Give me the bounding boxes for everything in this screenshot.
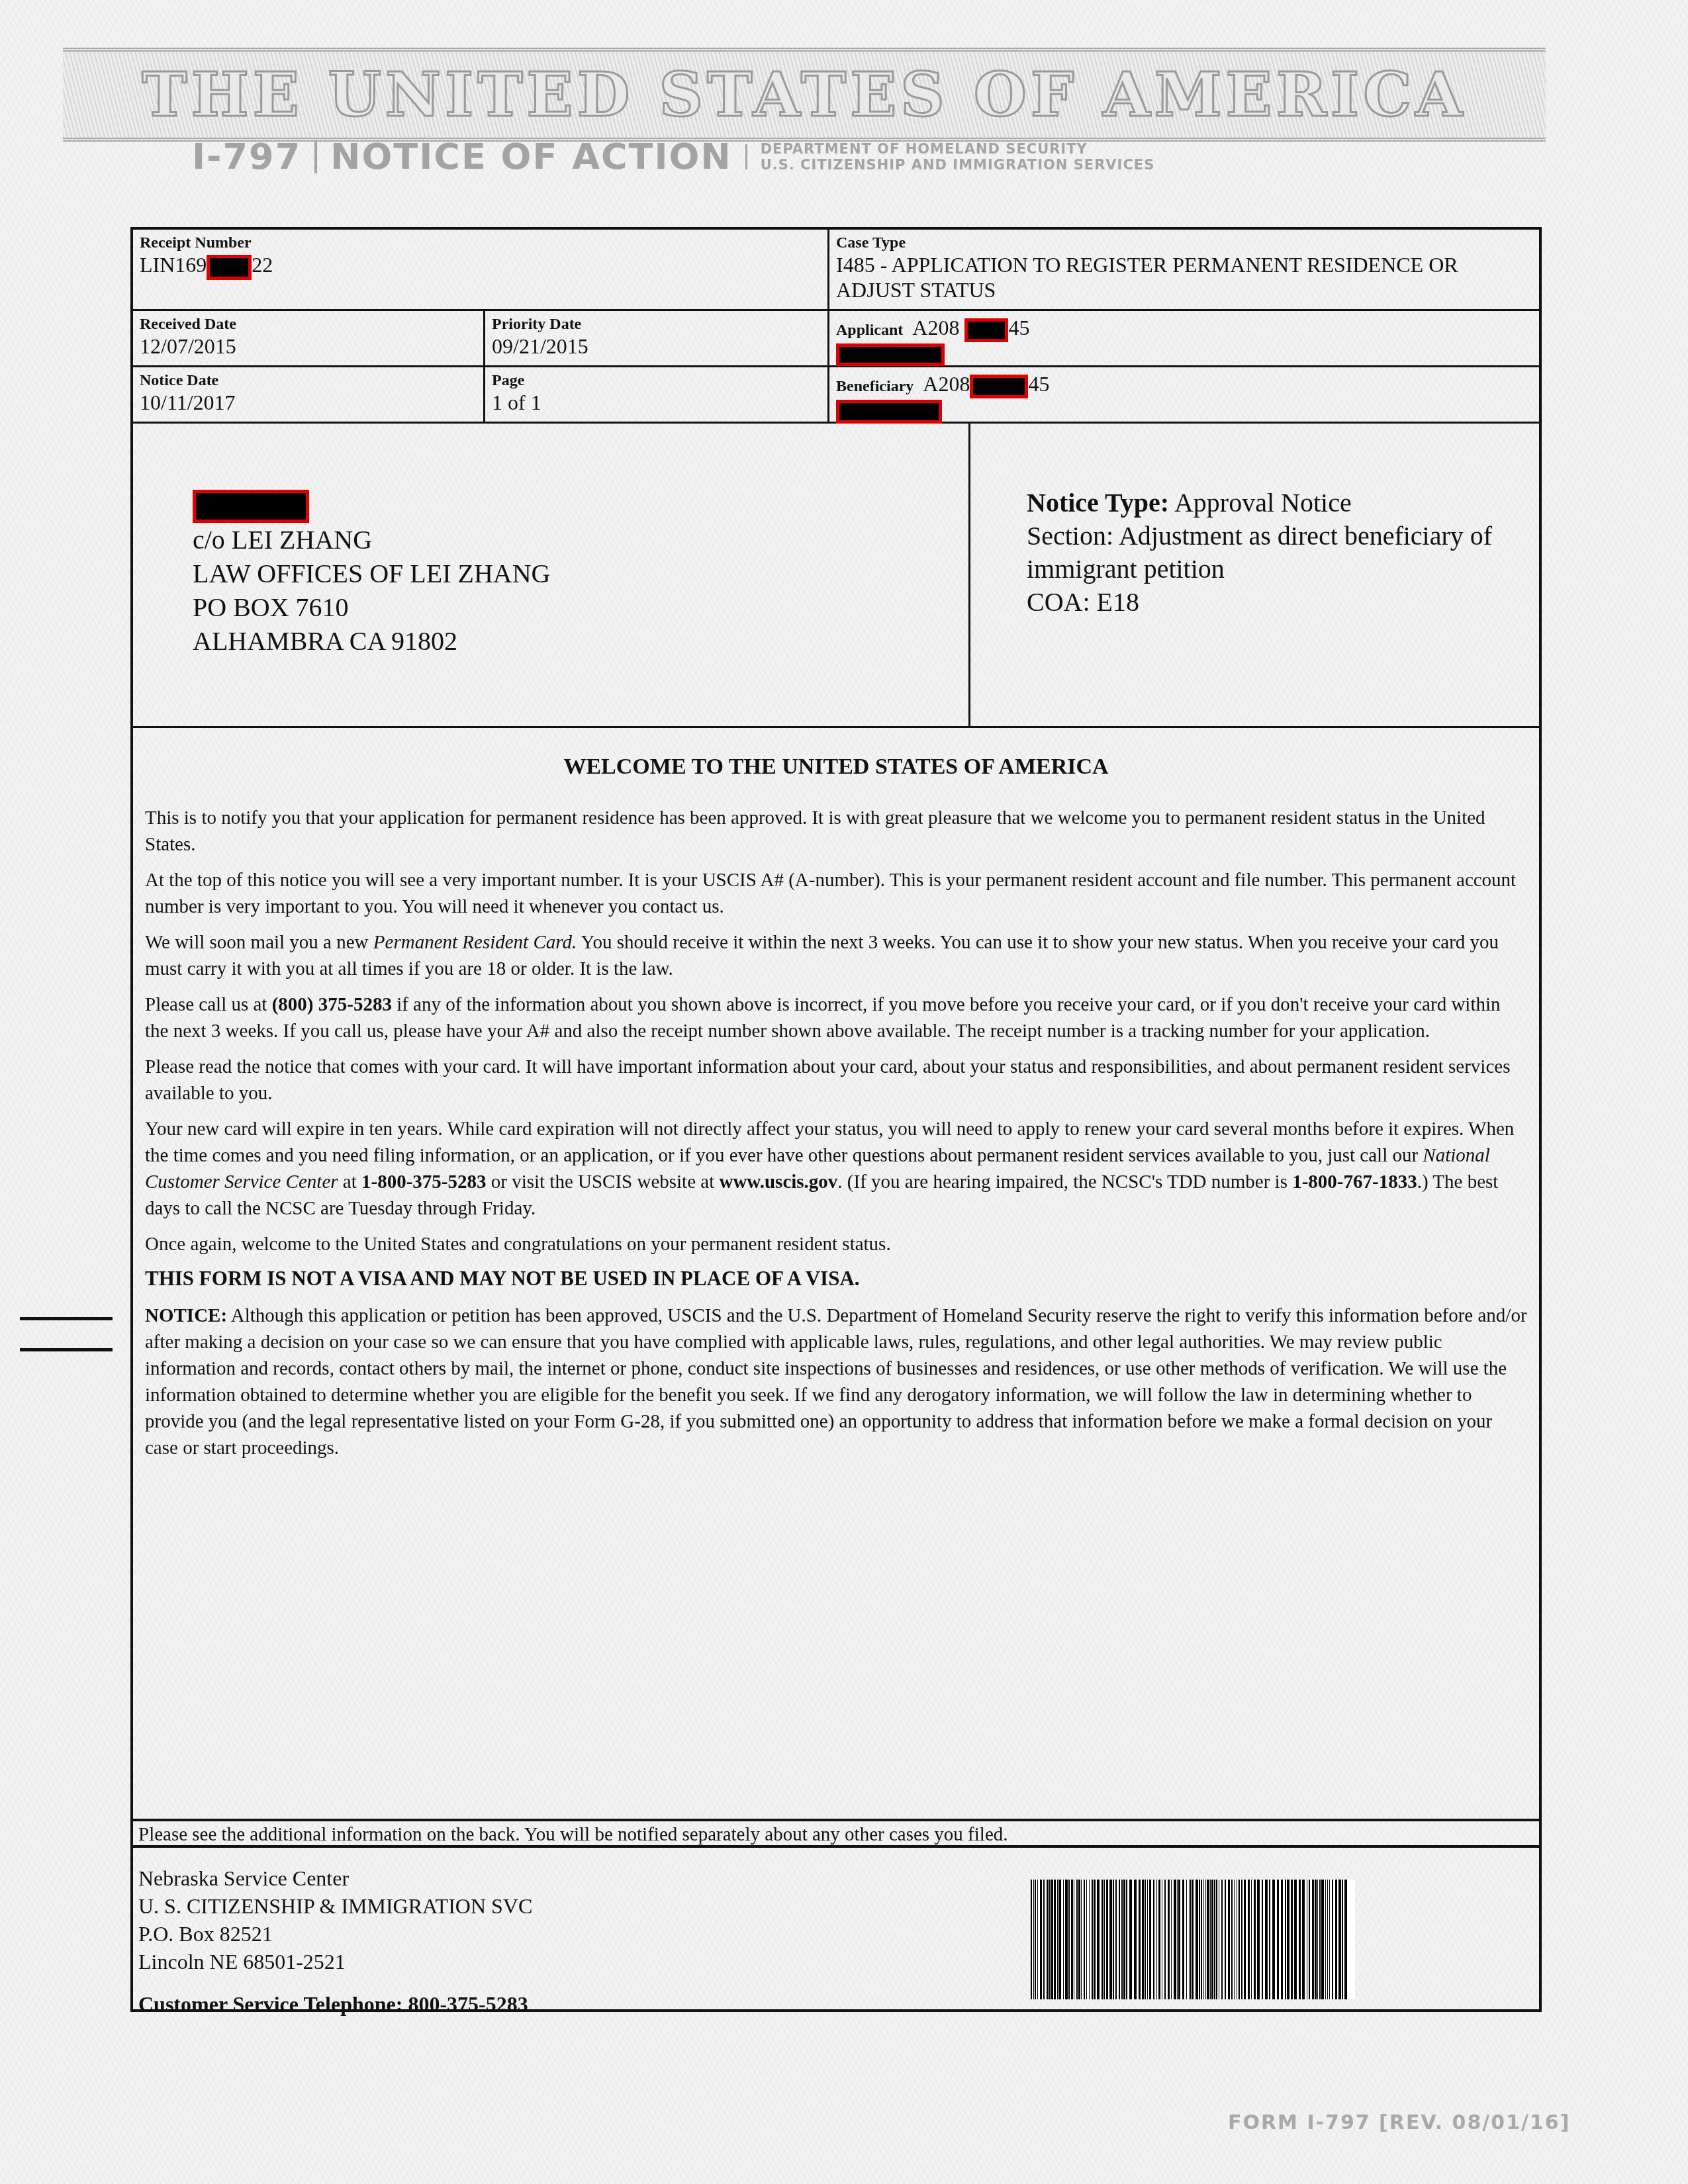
body-paragraph: Please call us at (800) 375-5283 if any … xyxy=(145,991,1527,1044)
banner: THE UNITED STATES OF AMERICA xyxy=(63,48,1546,142)
form-id: I-797 xyxy=(192,136,301,177)
body-paragraph: At the top of this notice you will see a… xyxy=(145,867,1527,920)
beneficiary-label: Beneficiary xyxy=(836,378,914,395)
notice-info: Notice Type: Approval Notice Section: Ad… xyxy=(1027,486,1536,619)
banner-title: THE UNITED STATES OF AMERICA xyxy=(142,59,1467,130)
page-cell: Page 1 of 1 xyxy=(485,367,829,424)
tdd-number: 1-800-767-1833 xyxy=(1292,1171,1417,1193)
receipt-number-value: LIN16922 xyxy=(140,253,273,277)
address-line: P.O. Box 82521 xyxy=(138,1920,532,1948)
priority-date-label: Priority Date xyxy=(492,315,821,334)
agency-name: U.S. CITIZENSHIP AND IMMIGRATION SERVICE… xyxy=(761,157,1155,173)
body-paragraph: Once again, welcome to the United States… xyxy=(145,1231,1527,1257)
applicant-a-number: A208 45 xyxy=(912,316,1029,340)
beneficiary-name-redaction xyxy=(836,400,942,424)
beneficiary-cell: BeneficiaryA20845 xyxy=(829,367,1539,424)
divider xyxy=(745,144,747,169)
notice-body: WELCOME TO THE UNITED STATES OF AMERICA … xyxy=(133,728,1539,1820)
service-center-address: Nebraska Service Center U. S. CITIZENSHI… xyxy=(138,1864,532,2018)
notice-label: NOTICE: xyxy=(145,1305,227,1326)
notice-type-value: Approval Notice xyxy=(1174,488,1352,518)
notice-date-value: 10/11/2017 xyxy=(140,390,236,414)
welcome-heading: WELCOME TO THE UNITED STATES OF AMERICA xyxy=(145,754,1527,780)
receipt-number-cell: Receipt Number LIN16922 xyxy=(133,230,829,311)
card-name: Permanent Resident Card. xyxy=(373,932,577,953)
recipient-name-redaction xyxy=(193,490,309,523)
notice-date-label: Notice Date xyxy=(140,371,477,390)
address-line: c/o LEI ZHANG xyxy=(193,525,372,555)
notice-form: Receipt Number LIN16922 Case Type I485 -… xyxy=(130,227,1542,2012)
legal-notice: NOTICE: Although this application or pet… xyxy=(145,1302,1527,1461)
notice-info-cell: Notice Type: Approval Notice Section: Ad… xyxy=(970,424,1539,728)
barcode xyxy=(1031,1880,1355,1999)
notice-type-label: Notice Type: xyxy=(1027,488,1169,518)
body-paragraph: This is to notify you that your applicat… xyxy=(145,805,1527,858)
page-value: 1 of 1 xyxy=(492,390,541,414)
received-date-label: Received Date xyxy=(140,315,477,334)
body-paragraph: Your new card will expire in ten years. … xyxy=(145,1116,1527,1222)
notice-coa: COA: E18 xyxy=(1027,587,1139,617)
a-number-suffix: 45 xyxy=(1008,316,1029,340)
address-line: LAW OFFICES OF LEI ZHANG xyxy=(193,559,551,588)
margin-marks xyxy=(20,1317,113,1379)
receipt-number-label: Receipt Number xyxy=(140,234,821,252)
receipt-number-suffix: 22 xyxy=(252,253,273,277)
applicant-name-redaction xyxy=(836,343,945,366)
priority-date-cell: Priority Date 09/21/2015 xyxy=(485,311,829,367)
body-paragraph: Please read the notice that comes with y… xyxy=(145,1054,1527,1107)
address-line: ALHAMBRA CA 91802 xyxy=(193,626,457,656)
address-line: Lincoln NE 68501-2521 xyxy=(138,1948,532,1976)
phone-number: (800) 375-5283 xyxy=(272,994,392,1015)
mailing-address-cell: c/o LEI ZHANG LAW OFFICES OF LEI ZHANG P… xyxy=(133,424,970,728)
priority-date-value: 09/21/2015 xyxy=(492,334,588,358)
receipt-number-prefix: LIN169 xyxy=(140,253,207,277)
phone-number: 1-800-375-5283 xyxy=(361,1171,486,1193)
form-title: NOTICE OF ACTION xyxy=(330,136,731,177)
notice-date-cell: Notice Date 10/11/2017 xyxy=(133,367,485,424)
received-date-cell: Received Date 12/07/2015 xyxy=(133,311,485,367)
case-type-cell: Case Type I485 - APPLICATION TO REGISTER… xyxy=(829,230,1539,311)
body-paragraph: We will soon mail you a new Permanent Re… xyxy=(145,929,1527,982)
form-revision: FORM I-797 [REV. 08/01/16] xyxy=(1228,2111,1570,2134)
divider xyxy=(314,140,317,173)
redaction-block xyxy=(970,375,1028,398)
case-type-label: Case Type xyxy=(836,234,1532,252)
page-label: Page xyxy=(492,371,821,390)
additional-info-line: Please see the additional information on… xyxy=(133,1819,1539,1848)
department-name: DEPARTMENT OF HOMELAND SECURITY xyxy=(761,141,1088,157)
notice-section: Section: Adjustment as direct beneficiar… xyxy=(1027,521,1492,584)
redaction-block xyxy=(964,318,1008,342)
received-date-value: 12/07/2015 xyxy=(140,334,236,358)
redaction-block xyxy=(207,255,252,280)
address-line: U. S. CITIZENSHIP & IMMIGRATION SVC xyxy=(138,1892,532,1920)
agency-block: DEPARTMENT OF HOMELAND SECURITY U.S. CIT… xyxy=(761,141,1155,173)
address-line: PO BOX 7610 xyxy=(193,592,349,622)
a-number-suffix: 45 xyxy=(1028,372,1049,396)
a-number-prefix: A208 xyxy=(912,316,959,340)
a-number-prefix: A208 xyxy=(923,372,970,396)
applicant-label: Applicant xyxy=(836,322,903,339)
website-link[interactable]: www.uscis.gov xyxy=(719,1171,837,1193)
case-type-value: I485 - APPLICATION TO REGISTER PERMANENT… xyxy=(836,252,1532,302)
visa-warning: THIS FORM IS NOT A VISA AND MAY NOT BE U… xyxy=(145,1267,1527,1291)
beneficiary-a-number: A20845 xyxy=(923,372,1049,396)
form-heading: I-797 NOTICE OF ACTION DEPARTMENT OF HOM… xyxy=(192,136,1154,177)
applicant-cell: ApplicantA208 45 xyxy=(829,311,1539,367)
customer-service-phone: Customer Service Telephone: 800-375-5283 xyxy=(138,1990,532,2018)
address-line: Nebraska Service Center xyxy=(138,1864,532,1892)
mailing-address: c/o LEI ZHANG LAW OFFICES OF LEI ZHANG P… xyxy=(193,486,551,658)
